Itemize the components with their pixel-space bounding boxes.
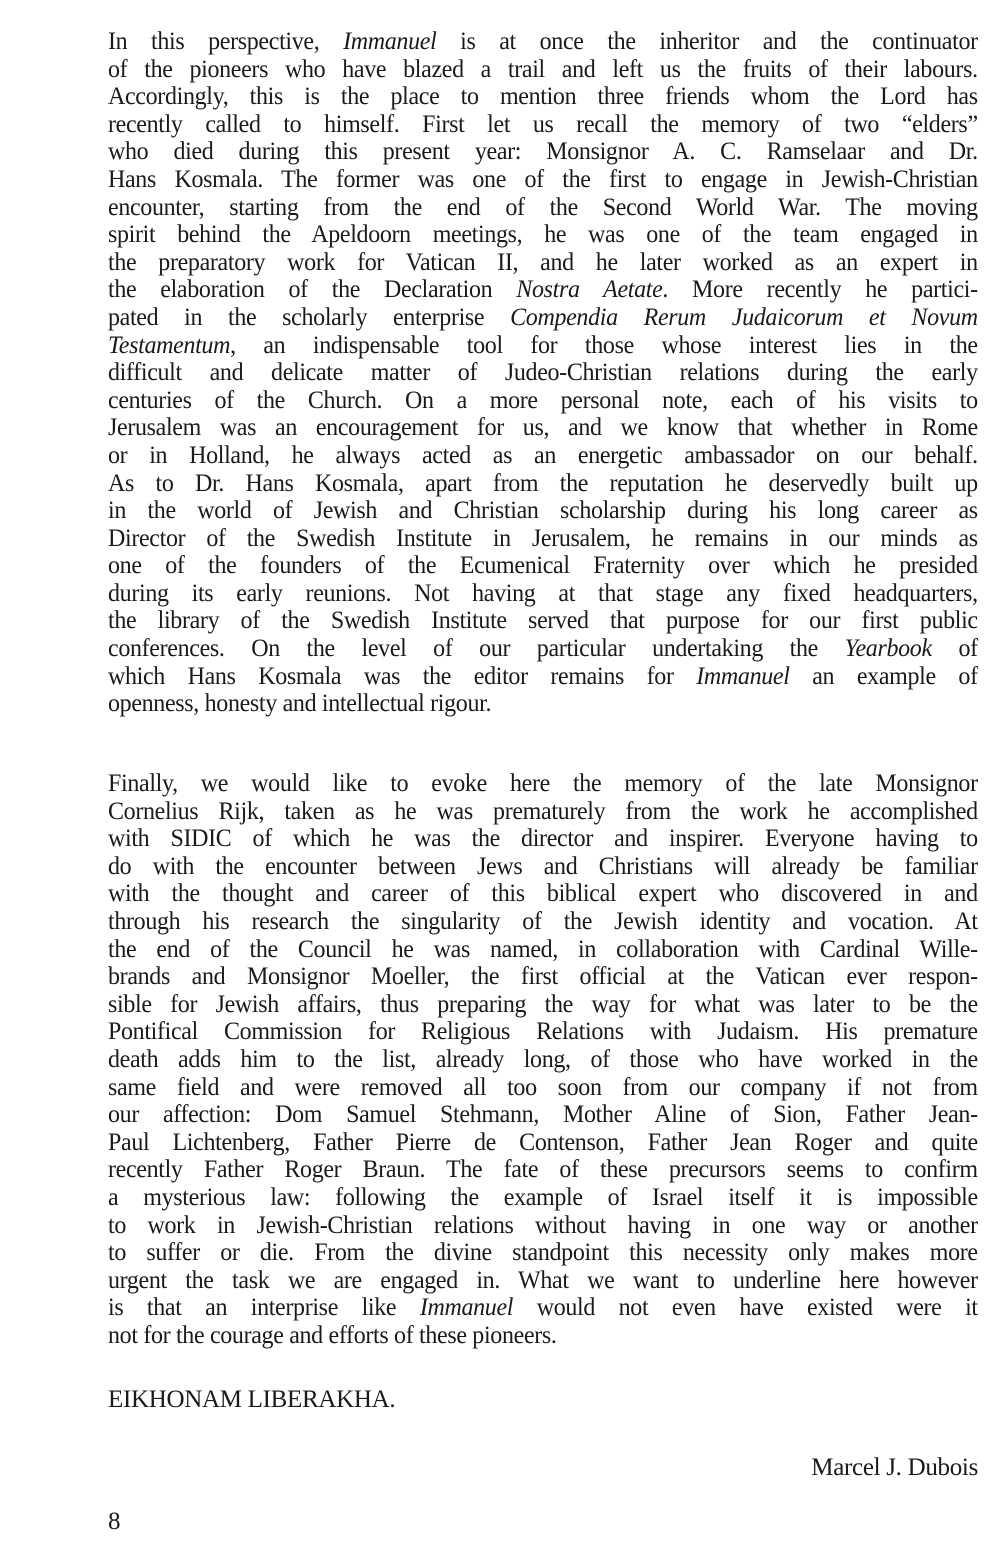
text-line: sible for Jewish affairs, thus preparing… [108, 991, 978, 1019]
text-line: the elaboration of the Declaration Nostr… [108, 276, 978, 304]
italic-title: Immanuel [696, 663, 789, 690]
text-line: who died during this present year: Monsi… [108, 138, 978, 166]
text-line: with the thought and career of this bibl… [108, 880, 978, 908]
italic-title: Nostra Aetate [516, 276, 662, 303]
text-run: In this perspective, [108, 28, 343, 55]
text-run: in the world of Jewish and Christian sch… [108, 497, 978, 524]
text-line: death adds him to the list, already long… [108, 1046, 978, 1074]
text-run: through his research the singularity of … [108, 908, 978, 935]
text-line: through his research the singularity of … [108, 908, 978, 936]
text-run: Finally, we would like to evoke here the… [108, 770, 978, 797]
text-line: Pontifical Commission for Religious Rela… [108, 1018, 978, 1046]
text-line: do with the encounter between Jews and C… [108, 853, 978, 881]
text-line: to work in Jewish-Christian relations wi… [108, 1212, 978, 1240]
text-run: Director of the Swedish Institute in Jer… [108, 525, 978, 552]
text-run: the preparatory work for Vatican II, and… [108, 249, 978, 276]
text-line: not for the courage and efforts of these… [108, 1322, 978, 1350]
italic-title: Immanuel [343, 28, 436, 55]
text-line: difficult and delicate matter of Judeo-C… [108, 359, 978, 387]
text-run: sible for Jewish affairs, thus preparing… [108, 991, 978, 1018]
text-run: recently Father Roger Braun. The fate of… [108, 1156, 978, 1183]
text-line: our affection: Dom Samuel Stehmann, Moth… [108, 1101, 978, 1129]
text-run: pated in the scholarly enterprise [108, 304, 510, 331]
text-line: Paul Lichtenberg, Father Pierre de Conte… [108, 1129, 978, 1157]
text-line: with SIDIC of which he was the director … [108, 825, 978, 853]
text-line: encounter, starting from the end of the … [108, 194, 978, 222]
text-run: Accordingly, this is the place to mentio… [108, 83, 978, 110]
text-run: urgent the task we are engaged in. What … [108, 1267, 978, 1294]
text-run: to work in Jewish-Christian relations wi… [108, 1212, 978, 1239]
text-run: conferences. On the level of our particu… [108, 635, 845, 662]
text-line: urgent the task we are engaged in. What … [108, 1267, 978, 1295]
text-line: in the world of Jewish and Christian sch… [108, 497, 978, 525]
text-run: same field and were removed all too soon… [108, 1074, 978, 1101]
closing-salutation: EIKHONAM LIBERAKHA. [108, 1386, 395, 1414]
text-run: is that an interprise like [108, 1294, 420, 1321]
text-run: , an indispensable tool for those whose … [230, 332, 978, 359]
text-run: with SIDIC of which he was the director … [108, 825, 978, 852]
text-line: to suffer or die. From the divine standp… [108, 1239, 978, 1267]
text-line: recently Father Roger Braun. The fate of… [108, 1156, 978, 1184]
text-run: the library of the Swedish Institute ser… [108, 607, 978, 634]
text-run: death adds him to the list, already long… [108, 1046, 978, 1073]
text-line: the library of the Swedish Institute ser… [108, 607, 978, 635]
text-line: same field and were removed all too soon… [108, 1074, 978, 1102]
text-run: encounter, starting from the end of the … [108, 194, 978, 221]
text-run: which Hans Kosmala was the editor remain… [108, 663, 696, 690]
text-run: openness, honesty and intellectual rigou… [108, 690, 491, 717]
text-line: As to Dr. Hans Kosmala, apart from the r… [108, 470, 978, 498]
text-line: or in Holland, he always acted as an ene… [108, 442, 978, 470]
text-run: who died during this present year: Monsi… [108, 138, 978, 165]
italic-title: Yearbook [845, 635, 932, 662]
text-run: Pontifical Commission for Religious Rela… [108, 1018, 978, 1045]
text-run: Hans Kosmala. The former was one of the … [108, 166, 978, 193]
text-run: the end of the Council he was named, in … [108, 936, 978, 963]
text-line: brands and Monsignor Moeller, the first … [108, 963, 978, 991]
text-line: the preparatory work for Vatican II, and… [108, 249, 978, 277]
text-line: conferences. On the level of our particu… [108, 635, 978, 663]
text-line: Accordingly, this is the place to mentio… [108, 83, 978, 111]
text-run: is at once the inheritor and the continu… [436, 28, 977, 55]
text-run: of [932, 635, 978, 662]
author-signature: Marcel J. Dubois [811, 1454, 978, 1482]
text-run: the elaboration of the Declaration [108, 276, 516, 303]
text-run: of the pioneers who have blazed a trail … [108, 56, 978, 83]
text-run: with the thought and career of this bibl… [108, 880, 978, 907]
text-line: centuries of the Church. On a more perso… [108, 387, 978, 415]
text-line: one of the founders of the Ecumenical Fr… [108, 552, 978, 580]
text-run: during its early reunions. Not having at… [108, 580, 978, 607]
italic-title: Testamentum [108, 332, 230, 359]
text-line: Testamentum, an indispensable tool for t… [108, 332, 978, 360]
text-run: one of the founders of the Ecumenical Fr… [108, 552, 978, 579]
text-line: Finally, we would like to evoke here the… [108, 770, 978, 798]
text-run: would not even have existed were it [513, 1294, 978, 1321]
text-line: recently called to himself. First let us… [108, 111, 978, 139]
text-line: pated in the scholarly enterprise Compen… [108, 304, 978, 332]
text-line: Jerusalem was an encouragement for us, a… [108, 414, 978, 442]
text-run: to suffer or die. From the divine standp… [108, 1239, 978, 1266]
text-line: spirit behind the Apeldoorn meetings, he… [108, 221, 978, 249]
text-run: Jerusalem was an encouragement for us, a… [108, 414, 978, 441]
text-run: an example of [790, 663, 978, 690]
text-run: brands and Monsignor Moeller, the first … [108, 963, 978, 990]
text-run: do with the encounter between Jews and C… [108, 853, 978, 880]
text-run: our affection: Dom Samuel Stehmann, Moth… [108, 1101, 978, 1128]
text-run: not for the courage and efforts of these… [108, 1322, 557, 1349]
text-line: Hans Kosmala. The former was one of the … [108, 166, 978, 194]
text-line: In this perspective, Immanuel is at once… [108, 28, 978, 56]
text-line: is that an interprise like Immanuel woul… [108, 1294, 978, 1322]
text-run: centuries of the Church. On a more perso… [108, 387, 978, 414]
text-line: during its early reunions. Not having at… [108, 580, 978, 608]
text-run: or in Holland, he always acted as an ene… [108, 442, 978, 469]
text-run: a mysterious law: following the example … [108, 1184, 978, 1211]
text-run: Cornelius Rijk, taken as he was prematur… [108, 798, 978, 825]
italic-title: Immanuel [420, 1294, 513, 1321]
text-line: the end of the Council he was named, in … [108, 936, 978, 964]
text-run: spirit behind the Apeldoorn meetings, he… [108, 221, 978, 248]
text-run: . More recently he partici- [662, 276, 977, 303]
text-line: Cornelius Rijk, taken as he was prematur… [108, 798, 978, 826]
italic-title: Compendia Rerum Judaicorum et Novum [510, 304, 978, 331]
text-line: which Hans Kosmala was the editor remain… [108, 663, 978, 691]
text-line: of the pioneers who have blazed a trail … [108, 56, 978, 84]
text-run: difficult and delicate matter of Judeo-C… [108, 359, 978, 386]
text-run: Paul Lichtenberg, Father Pierre de Conte… [108, 1129, 978, 1156]
paragraph-pioneers-memorial: In this perspective, Immanuel is at once… [108, 28, 978, 718]
text-run: recently called to himself. First let us… [108, 111, 978, 138]
text-line: Director of the Swedish Institute in Jer… [108, 525, 978, 553]
text-line: openness, honesty and intellectual rigou… [108, 690, 978, 718]
text-line: a mysterious law: following the example … [108, 1184, 978, 1212]
page-number: 8 [108, 1508, 121, 1536]
paragraph-rijk-memorial: Finally, we would like to evoke here the… [108, 770, 978, 1349]
text-run: As to Dr. Hans Kosmala, apart from the r… [108, 470, 978, 497]
